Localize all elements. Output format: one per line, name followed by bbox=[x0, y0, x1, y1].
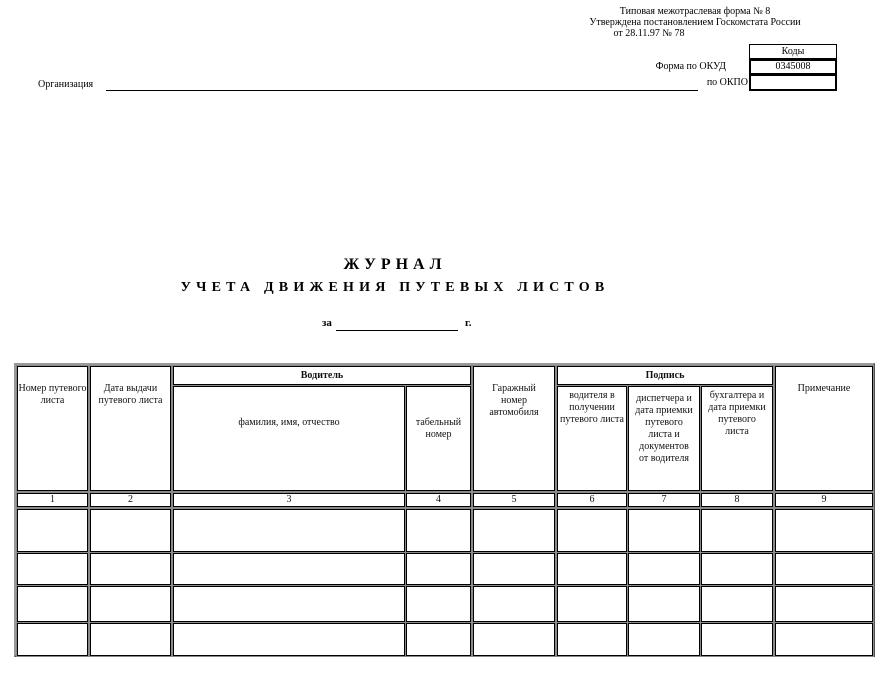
header-col-7: диспетчера и дата приемки путевого листа… bbox=[628, 386, 700, 491]
table-cell[interactable] bbox=[557, 509, 627, 552]
table-cell[interactable] bbox=[17, 553, 88, 585]
column-number-1: 1 bbox=[17, 493, 88, 507]
header-col-9: Примечание bbox=[775, 366, 873, 491]
journal-subtitle: УЧЕТА ДВИЖЕНИЯ ПУТЕВЫХ ЛИСТОВ bbox=[0, 280, 790, 296]
table-cell[interactable] bbox=[173, 586, 405, 622]
table-cell[interactable] bbox=[406, 509, 471, 552]
table-cell[interactable] bbox=[701, 623, 773, 656]
header-group-driver: Водитель bbox=[173, 366, 471, 385]
table-cell[interactable] bbox=[473, 586, 555, 622]
column-number-6: 6 bbox=[557, 493, 627, 507]
table-cell[interactable] bbox=[17, 623, 88, 656]
column-number-2: 2 bbox=[90, 493, 171, 507]
header-col-5: Гаражный номер автомобиля bbox=[473, 366, 555, 491]
table-cell[interactable] bbox=[17, 509, 88, 552]
header-col-1: Номер путевого листа bbox=[17, 366, 88, 491]
organization-label: Организация bbox=[38, 79, 93, 90]
column-number-7: 7 bbox=[628, 493, 700, 507]
form-type-note: Типовая межотраслевая форма № 8 bbox=[560, 6, 830, 17]
table-cell[interactable] bbox=[701, 509, 773, 552]
column-number-9: 9 bbox=[775, 493, 873, 507]
organization-field[interactable] bbox=[106, 78, 698, 91]
header-col-2: Дата выдачи путевого листа bbox=[90, 366, 171, 491]
table-cell[interactable] bbox=[775, 623, 873, 656]
table-cell[interactable] bbox=[173, 553, 405, 585]
table-cell[interactable] bbox=[406, 553, 471, 585]
header-col-8: бухгалтера и дата приемки путевого листа bbox=[701, 386, 773, 491]
table-cell[interactable] bbox=[701, 553, 773, 585]
header-col-6: водителя в получении путевого листа bbox=[557, 386, 627, 491]
table-cell[interactable] bbox=[775, 586, 873, 622]
table-cell[interactable] bbox=[173, 509, 405, 552]
table-cell[interactable] bbox=[775, 509, 873, 552]
header-group-signature: Подпись bbox=[557, 366, 773, 385]
table-cell[interactable] bbox=[557, 586, 627, 622]
okud-code-field[interactable]: 0345008 bbox=[749, 59, 837, 75]
table-cell[interactable] bbox=[557, 623, 627, 656]
table-cell[interactable] bbox=[628, 586, 700, 622]
table-cell[interactable] bbox=[17, 586, 88, 622]
table-cell[interactable] bbox=[557, 553, 627, 585]
table-cell[interactable] bbox=[173, 623, 405, 656]
period-prefix: за bbox=[322, 317, 332, 329]
period-suffix: г. bbox=[465, 317, 472, 329]
table-cell[interactable] bbox=[90, 623, 171, 656]
codes-header: Коды bbox=[749, 44, 837, 59]
column-number-5: 5 bbox=[473, 493, 555, 507]
table-cell[interactable] bbox=[628, 623, 700, 656]
table-cell[interactable] bbox=[90, 509, 171, 552]
table-cell[interactable] bbox=[628, 553, 700, 585]
table-cell[interactable] bbox=[473, 509, 555, 552]
table-cell[interactable] bbox=[473, 623, 555, 656]
column-number-8: 8 bbox=[701, 493, 773, 507]
column-number-3: 3 bbox=[173, 493, 405, 507]
header-col-4: табельный номер bbox=[406, 386, 471, 491]
table-cell[interactable] bbox=[90, 586, 171, 622]
table-cell[interactable] bbox=[473, 553, 555, 585]
table-cell[interactable] bbox=[775, 553, 873, 585]
table-cell[interactable] bbox=[90, 553, 171, 585]
form-approval-date: от 28.11.97 № 78 bbox=[560, 28, 738, 39]
table-cell[interactable] bbox=[628, 509, 700, 552]
table-cell[interactable] bbox=[406, 623, 471, 656]
table-cell[interactable] bbox=[406, 586, 471, 622]
okud-label: Форма по ОКУД bbox=[600, 61, 726, 72]
form-approval-note: Утверждена постановлением Госкомстата Ро… bbox=[560, 17, 830, 28]
journal-title: ЖУРНАЛ bbox=[0, 256, 790, 274]
okpo-code-field[interactable] bbox=[749, 74, 837, 91]
period-field[interactable] bbox=[336, 317, 458, 331]
header-col-3: фамилия, имя, отчество bbox=[173, 386, 405, 491]
column-number-4: 4 bbox=[406, 493, 471, 507]
table-cell[interactable] bbox=[701, 586, 773, 622]
